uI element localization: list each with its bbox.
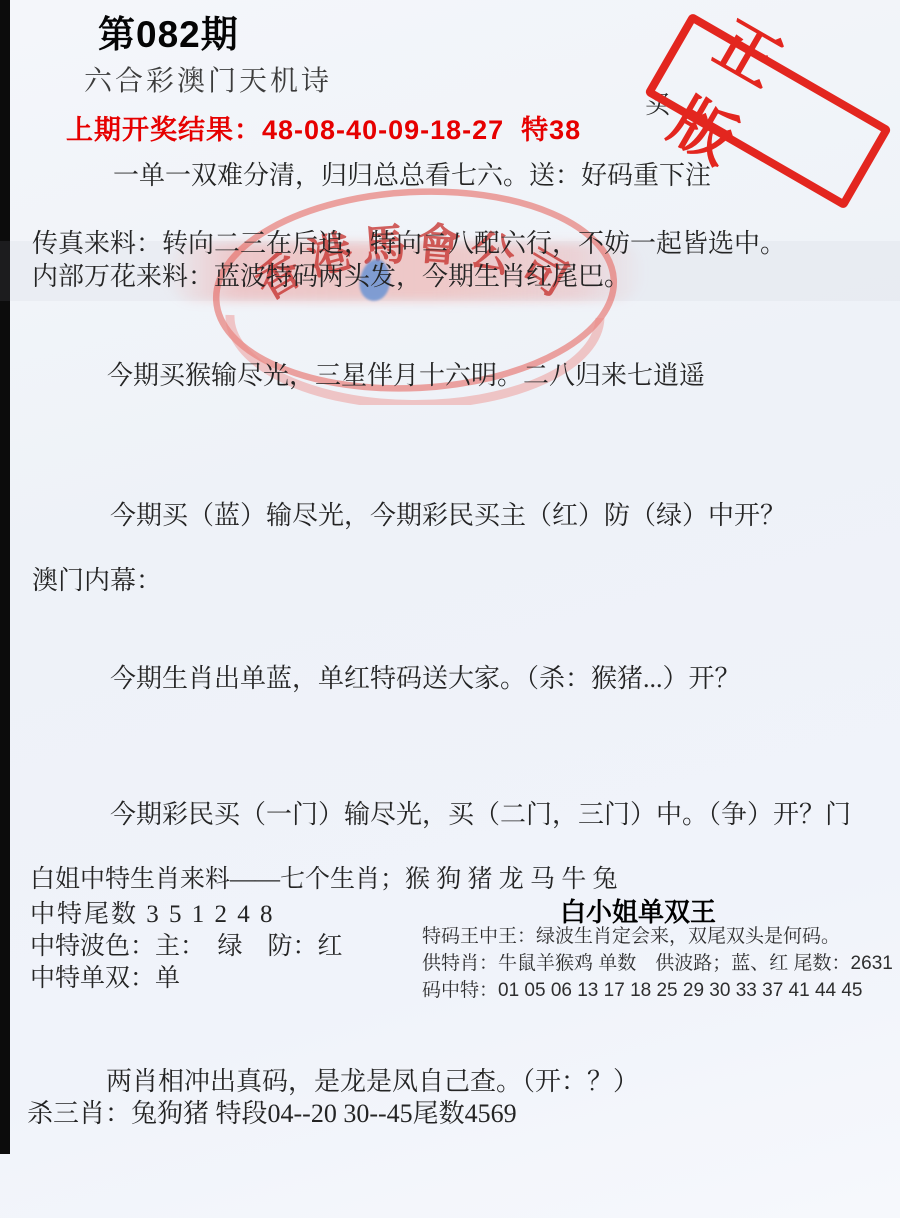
- poem-line-1: 一单一双难分清，归归总总看七六。送：好码重下注: [113, 160, 711, 193]
- footer-line-2: 杀三肖：兔狗猪 特段04--20 30--45尾数4569: [27, 1098, 517, 1131]
- poem-line-2: 今期买猴输尽光，三星伴月十六明。二八归来七逍遥: [107, 360, 705, 393]
- macau-insider-label: 澳门内幕：: [32, 565, 162, 598]
- right-panel-line-3: 码中特：01 05 06 13 17 18 25 29 30 33 37 41 …: [422, 979, 863, 1003]
- genuine-stamp-label: 正版: [657, 0, 900, 242]
- issue-number: 第082期: [98, 12, 239, 58]
- poem-line-5: 今期彩民买（一门）输尽光，买（二门，三门）中。（争）开？门: [110, 799, 851, 832]
- footer-line-1: 两肖相冲出真码，是龙是凤自己查。（开：？）: [106, 1066, 639, 1099]
- internal-tip-line: 内部万花来料：蓝波特码两头发，今期生肖红尾巴。: [32, 261, 630, 294]
- odd-even-line: 中特单双：单: [30, 963, 180, 994]
- right-panel-title: 白小姐单双王: [560, 896, 716, 929]
- lottery-tip-sheet: 第082期 六合彩澳门天机诗 上期开奖结果：48-08-40-09-18-27 …: [0, 0, 900, 1218]
- tail-numbers-line: 中特尾数 3 5 1 2 4 8: [30, 899, 275, 930]
- poem-line-3: 今期买（蓝）输尽光，今期彩民买主（红）防（绿）中开？: [110, 500, 786, 533]
- wave-color-line: 中特波色：主： 绿 防：红: [30, 931, 343, 962]
- zodiac-picks-line: 白姐中特生肖来料——七个生肖；猴 狗 猪 龙 马 牛 兔: [30, 864, 618, 895]
- sheet-subtitle: 六合彩澳门天机诗: [84, 64, 332, 99]
- right-panel-line-1: 特码王中王：绿波生肖定会来，双尾双头是何码。: [422, 925, 840, 949]
- right-panel-line-2: 供特肖：牛鼠羊猴鸡 单数 供波路；蓝、红 尾数：2631: [422, 952, 893, 976]
- poem-line-4: 今期生肖出单蓝，单红特码送大家。（杀：猴猪...）开？: [110, 663, 741, 696]
- scan-edge-strip: [0, 0, 10, 1154]
- last-draw-result: 上期开奖结果：48-08-40-09-18-27 特38: [66, 114, 581, 148]
- fax-tip-line: 传真来料：转向二三在后追，特向二八配六行，不妨一起皆选中。: [32, 228, 786, 261]
